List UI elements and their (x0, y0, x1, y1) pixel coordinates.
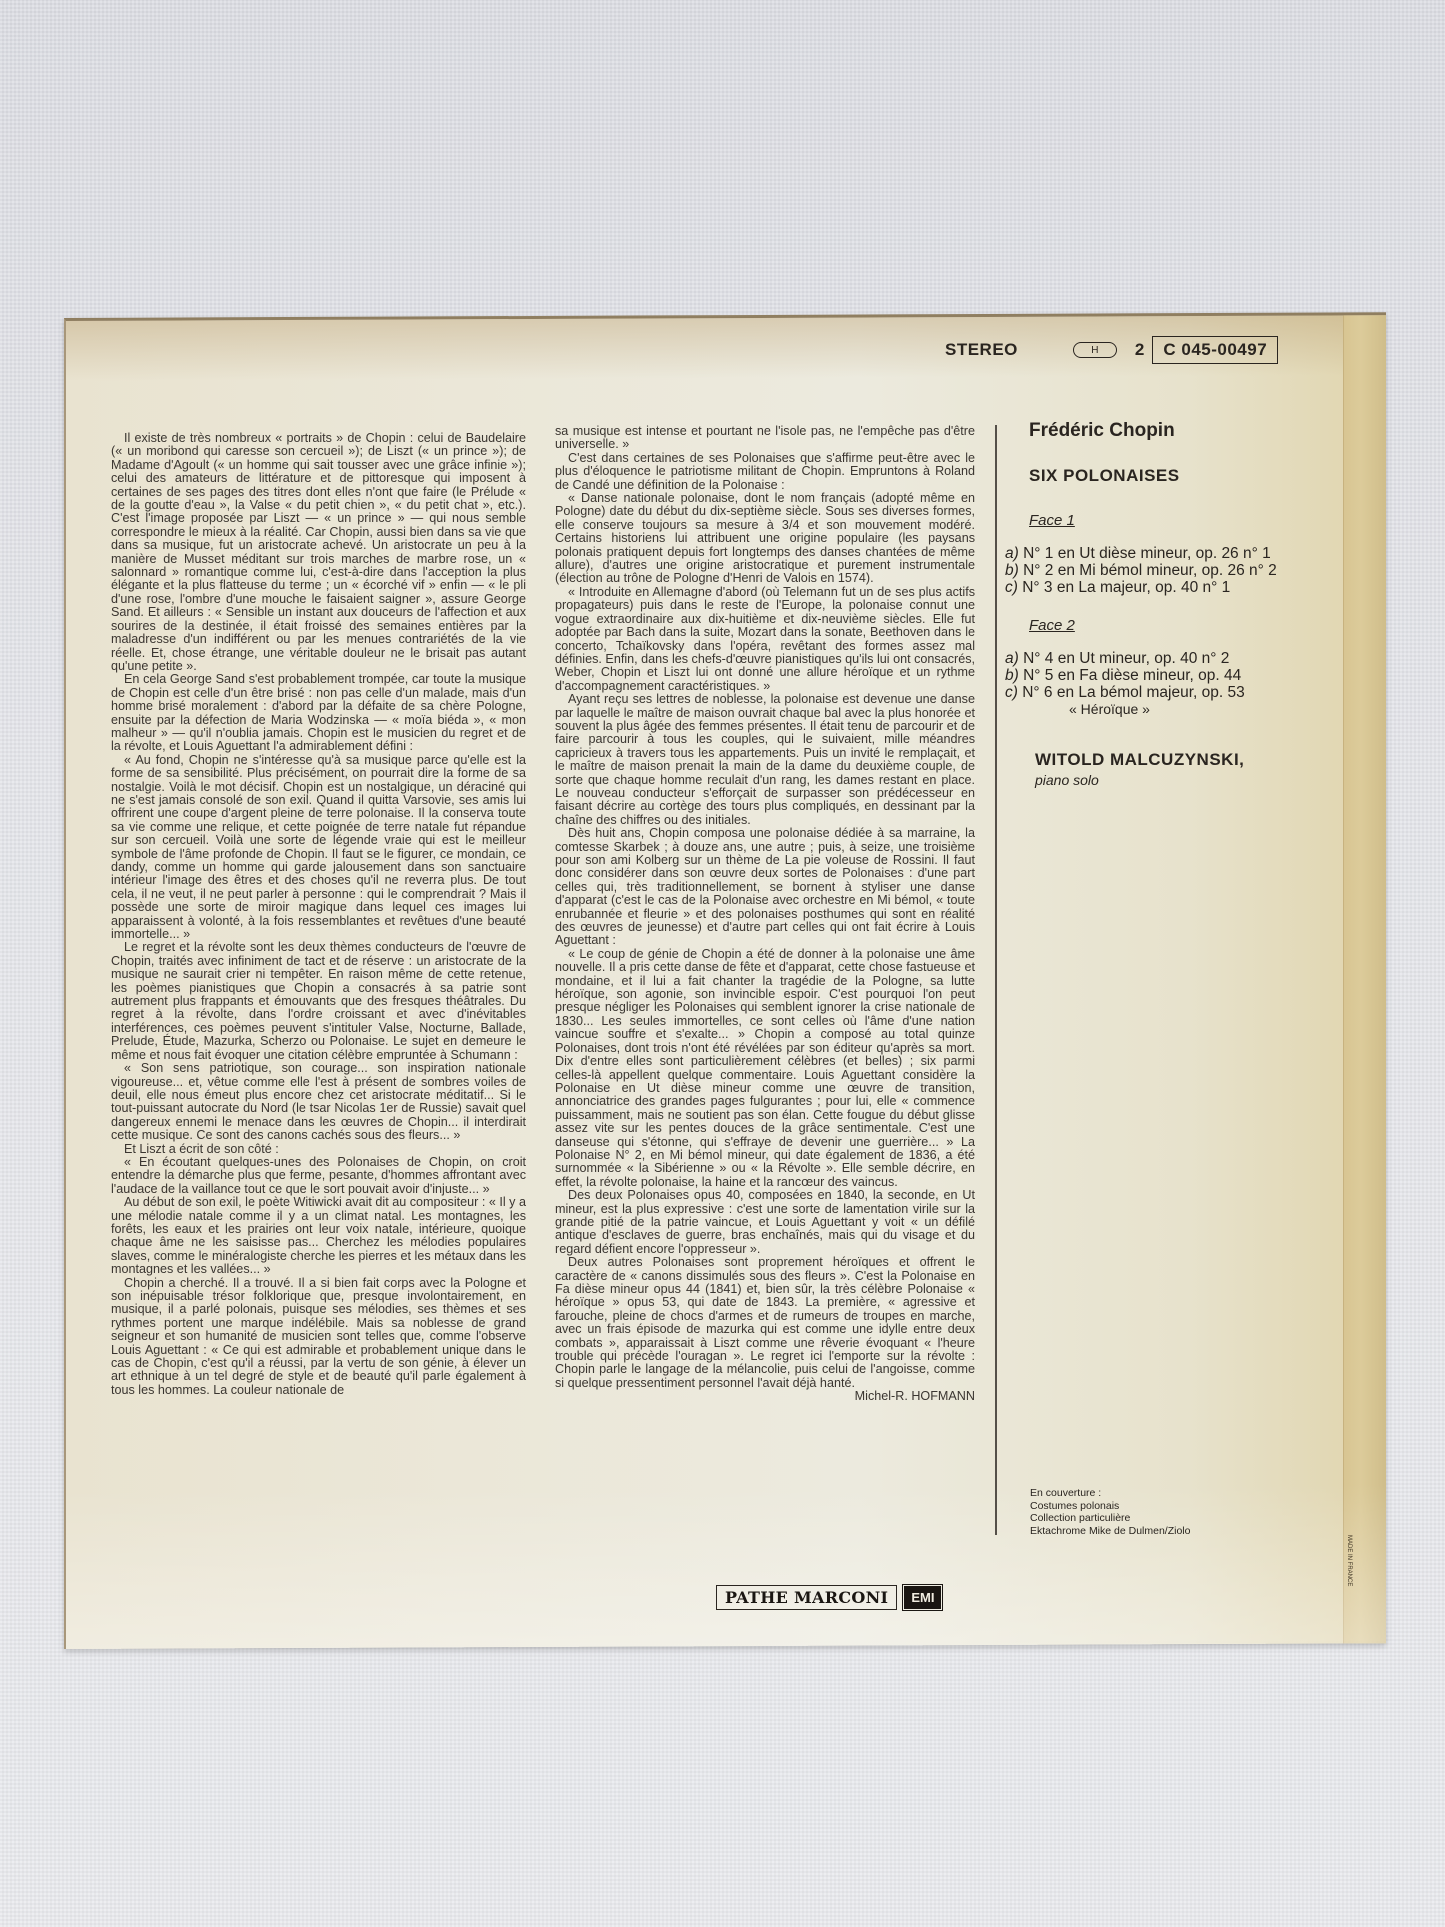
liner-paragraph: « Au fond, Chopin ne s'intéresse qu'à sa… (111, 754, 526, 942)
face-1-tracklist: a) N° 1 en Ut dièse mineur, op. 26 n° 1 … (1005, 545, 1277, 596)
made-in-france-mark: MADE IN FRANCE (1346, 1535, 1352, 1586)
track-item: a) N° 1 en Ut dièse mineur, op. 26 n° 1 (1005, 545, 1277, 562)
liner-paragraph: « Introduite en Allemagne d'abord (où Te… (555, 586, 975, 693)
liner-paragraph: Au début de son exil, le poète Witiwicki… (111, 1196, 526, 1276)
stereo-label: STEREO (945, 340, 1018, 360)
liner-paragraph: Deux autres Polonaises sont proprement h… (555, 1256, 975, 1390)
liner-notes-left-column: Il existe de très nombreux « portraits »… (111, 432, 526, 1397)
liner-paragraph: sa musique est intense et pourtant ne l'… (555, 425, 975, 452)
column-divider (995, 425, 997, 1535)
liner-paragraph: « Le coup de génie de Chopin a été de do… (555, 948, 975, 1189)
credit-line: Collection particulière (1030, 1512, 1190, 1525)
liner-paragraph: Dès huit ans, Chopin composa une polonai… (555, 827, 975, 948)
face-2-tracklist: a) N° 4 en Ut mineur, op. 40 n° 2 b) N° … (1005, 650, 1245, 718)
track-subtitle: « Héroïque » (1005, 701, 1245, 718)
emi-logo: EMI (904, 1586, 941, 1609)
performer-role: piano solo (1035, 772, 1099, 788)
credit-line: En couverture : (1030, 1487, 1190, 1500)
catalog-header: STEREO H 2 C 045-00497 (945, 335, 1278, 365)
credit-line: Costumes polonais (1030, 1500, 1190, 1513)
disc-number: 2 (1135, 340, 1144, 360)
track-item: b) N° 2 en Mi bémol mineur, op. 26 n° 2 (1005, 562, 1277, 579)
liner-paragraph: Il existe de très nombreux « portraits »… (111, 432, 526, 673)
track-item: a) N° 4 en Ut mineur, op. 40 n° 2 (1005, 650, 1245, 667)
liner-paragraph: Des deux Polonaises opus 40, composées e… (555, 1189, 975, 1256)
liner-paragraph: « En écoutant quelques-unes des Polonais… (111, 1156, 526, 1196)
liner-paragraph: « Son sens patriotique, son courage... s… (111, 1062, 526, 1142)
pathe-marconi-logo: PATHE MARCONI (716, 1585, 897, 1610)
sleeve-spine (1343, 315, 1386, 1643)
performer-name: WITOLD MALCUZYNSKI, (1035, 750, 1244, 770)
liner-paragraph: Ayant reçu ses lettres de noblesse, la p… (555, 693, 975, 827)
track-item: b) N° 5 en Fa dièse mineur, op. 44 (1005, 667, 1245, 684)
liner-paragraph: C'est dans certaines de ses Polonaises q… (555, 452, 975, 492)
liner-paragraph: Le regret et la révolte sont les deux th… (111, 941, 526, 1062)
liner-paragraph: En cela George Sand s'est probablement t… (111, 673, 526, 753)
author-signature: Michel-R. HOFMANN (555, 1390, 975, 1403)
catalog-number: C 045-00497 (1152, 336, 1278, 364)
track-item: c) N° 6 en La bémol majeur, op. 53 (1005, 684, 1245, 701)
track-item: c) N° 3 en La majeur, op. 40 n° 1 (1005, 579, 1277, 596)
album-title: SIX POLONAISES (1029, 466, 1180, 486)
composer-name: Frédéric Chopin (1029, 420, 1175, 442)
credit-line: Ektachrome Mike de Dulmen/Ziolo (1030, 1525, 1190, 1538)
liner-paragraph: Et Liszt a écrit de son côté : (111, 1143, 526, 1156)
liner-notes-middle-column: sa musique est intense et pourtant ne l'… (555, 425, 975, 1404)
face-1-label: Face 1 (1029, 512, 1075, 529)
liner-paragraph: « Danse nationale polonaise, dont le nom… (555, 492, 975, 586)
h-badge: H (1073, 342, 1117, 358)
liner-paragraph: Chopin a cherché. Il a trouvé. Il a si b… (111, 1277, 526, 1398)
cover-credits: En couverture : Costumes polonais Collec… (1030, 1487, 1190, 1537)
face-2-label: Face 2 (1029, 617, 1075, 634)
label-logos: PATHE MARCONI EMI (716, 1585, 941, 1610)
